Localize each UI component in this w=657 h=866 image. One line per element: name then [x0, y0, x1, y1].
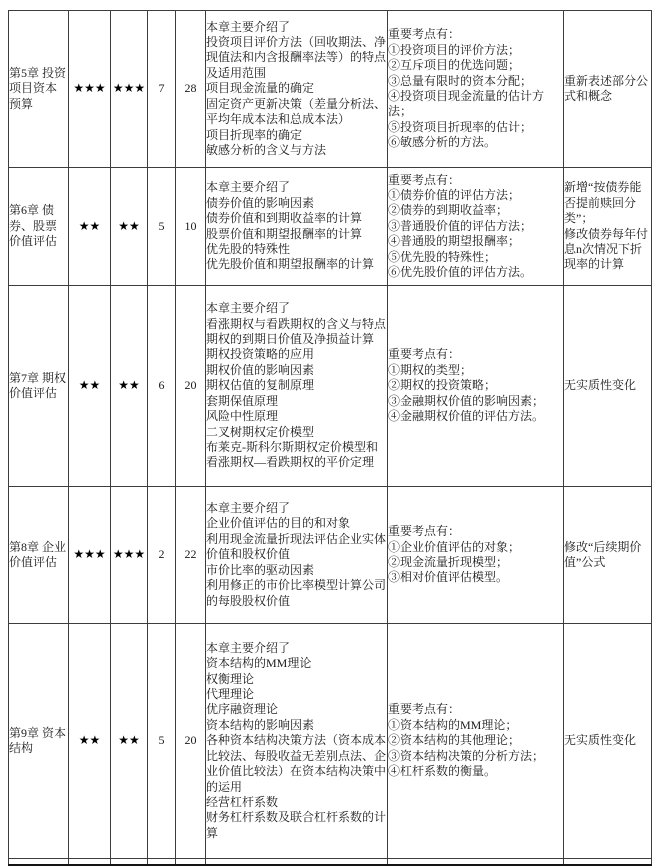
objective-importance-stars: ★★: [69, 286, 111, 487]
score-b-cell: 10: [176, 168, 206, 286]
table-row-clipped: [9, 859, 652, 866]
score-a-cell: 5: [148, 168, 176, 286]
key-points-cell: 重要考点有： ①资本结构的MM理论； ②资本结构的其他理论； ③资本结构决策的分…: [388, 624, 564, 859]
document-page: 第5章 投资项目资本预算 ★★★ ★★★ 7 28 本章主要介绍了 投资项目评价…: [0, 0, 657, 866]
chapter-content-cell: 本章主要介绍了 企业价值评估的目的和对象 利用现金流量折现法评估企业实体价值和股…: [206, 487, 388, 624]
key-points-cell: 重要考点有： ①期权的类型； ②期权的投资策略； ③金融期权价值的影响因素； ④…: [388, 286, 564, 487]
chapter-title-cell: 第9章 资本结构: [9, 624, 69, 859]
chapter-title-cell: [9, 859, 69, 866]
objective-importance-stars: ★★: [69, 624, 111, 859]
table-row-chapter-6: 第6章 债券、股票价值评估 ★★ ★★ 5 10 本章主要介绍了 债券价值的影响…: [9, 168, 652, 286]
chapter-summary-table: 第5章 投资项目资本预算 ★★★ ★★★ 7 28 本章主要介绍了 投资项目评价…: [8, 10, 652, 866]
objective-importance-stars: [69, 859, 111, 866]
chapter-title-cell: 第7章 期权价值评估: [9, 286, 69, 487]
chapter-content-cell: 本章主要介绍了 债券价值的影响因素 债券价值和到期收益率的计算 股票价值和期望报…: [206, 168, 388, 286]
subjective-importance-stars: ★★: [111, 624, 148, 859]
changes-notes-cell: 修改“后续期价值”公式: [564, 487, 652, 624]
table-row-chapter-5: 第5章 投资项目资本预算 ★★★ ★★★ 7 28 本章主要介绍了 投资项目评价…: [9, 11, 652, 168]
chapter-title-cell: 第6章 债券、股票价值评估: [9, 168, 69, 286]
chapter-content-cell: 本章主要介绍了 投资项目评价方法（回收期法、净现值法和内含报酬率法等）的特点及适…: [206, 11, 388, 168]
changes-notes-cell: 无实质性变化: [564, 286, 652, 487]
chapter-content-cell: 本章主要介绍了 看涨期权与看跌期权的含义与特点 期权的到期日价值及净损益计算 期…: [206, 286, 388, 487]
table-sheet: 第5章 投资项目资本预算 ★★★ ★★★ 7 28 本章主要介绍了 投资项目评价…: [8, 10, 652, 866]
objective-importance-stars: ★★★: [69, 487, 111, 624]
score-a-cell: [148, 859, 176, 866]
subjective-importance-stars: ★★★: [111, 487, 148, 624]
subjective-importance-stars: ★★: [111, 286, 148, 487]
score-a-cell: 7: [148, 11, 176, 168]
score-a-cell: 6: [148, 286, 176, 487]
key-points-cell: 重要考点有： ①企业价值评估的对象； ②现金流量折现模型； ③相对价值评估模型。: [388, 487, 564, 624]
score-b-cell: 20: [176, 286, 206, 487]
changes-notes-cell: 无实质性变化: [564, 624, 652, 859]
subjective-importance-stars: [111, 859, 148, 866]
subjective-importance-stars: ★★★: [111, 11, 148, 168]
key-points-cell: 重要考点有： ①债券价值的评估方法； ②债券的到期收益率； ③普通股价值的评估方…: [388, 168, 564, 286]
score-a-cell: 2: [148, 487, 176, 624]
score-b-cell: 28: [176, 11, 206, 168]
objective-importance-stars: ★★★: [69, 11, 111, 168]
score-b-cell: 22: [176, 487, 206, 624]
table-row-chapter-7: 第7章 期权价值评估 ★★ ★★ 6 20 本章主要介绍了 看涨期权与看跌期权的…: [9, 286, 652, 487]
key-points-cell: 重要考点有： ①投资项目的评价方法； ②互斥项目的优选问题； ③总量有限时的资本…: [388, 11, 564, 168]
changes-notes-cell: 新增“按债券能否提前赎回分类”； 修改债券每年付息n次情况下折现率的计算: [564, 168, 652, 286]
table-row-chapter-9: 第9章 资本结构 ★★ ★★ 5 20 本章主要介绍了 资本结构的MM理论 权衡…: [9, 624, 652, 859]
changes-notes-cell: 重新表述部分公式和概念: [564, 11, 652, 168]
changes-notes-cell: [564, 859, 652, 866]
chapter-title-cell: 第8章 企业价值评估: [9, 487, 69, 624]
objective-importance-stars: ★★: [69, 168, 111, 286]
chapter-content-cell: 本章主要介绍了 资本结构的MM理论 权衡理论 代理理论 优序融资理论 资本结构的…: [206, 624, 388, 859]
subjective-importance-stars: ★★: [111, 168, 148, 286]
chapter-content-cell: [206, 859, 388, 866]
score-b-cell: 20: [176, 624, 206, 859]
table-row-chapter-8: 第8章 企业价值评估 ★★★ ★★★ 2 22 本章主要介绍了 企业价值评估的目…: [9, 487, 652, 624]
score-a-cell: 5: [148, 624, 176, 859]
key-points-cell: [388, 859, 564, 866]
score-b-cell: [176, 859, 206, 866]
chapter-title-cell: 第5章 投资项目资本预算: [9, 11, 69, 168]
